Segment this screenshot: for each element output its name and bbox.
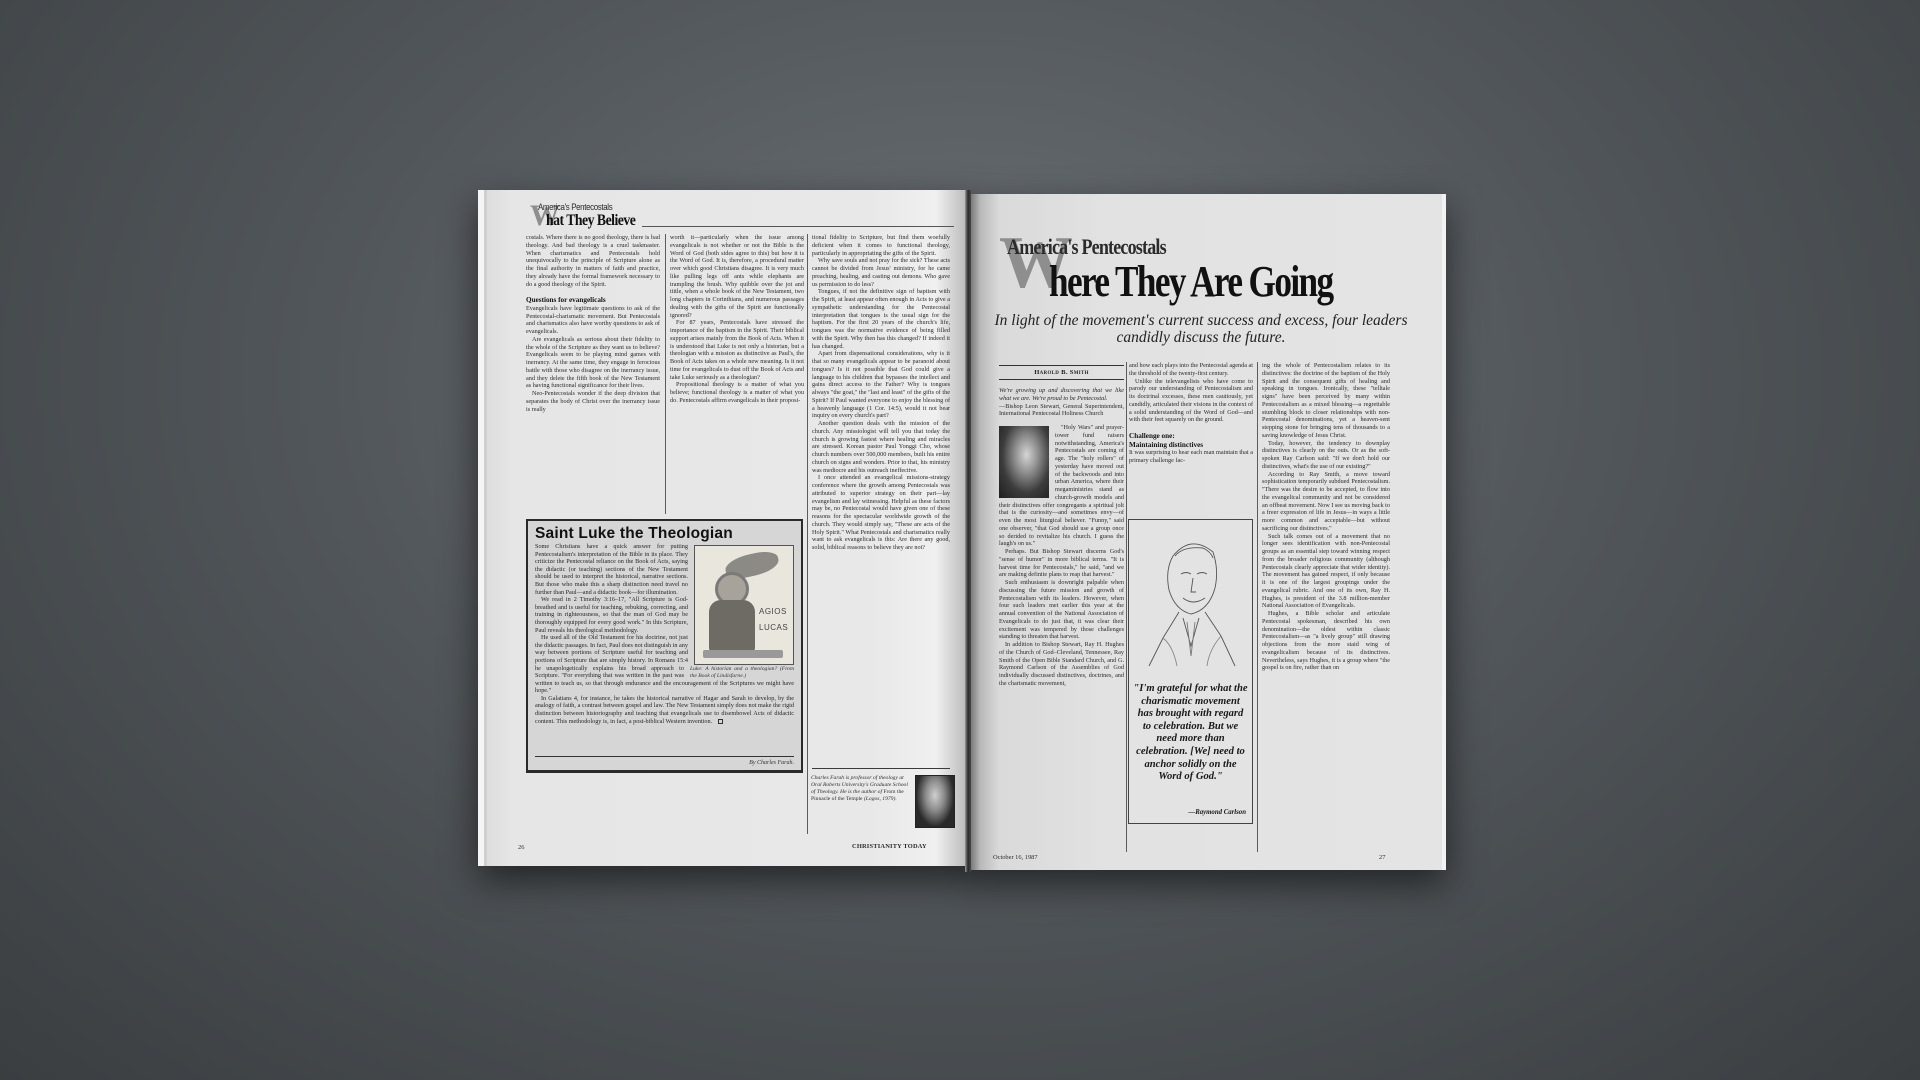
author-bio: Charles Farah is professor of theology a… [811, 775, 911, 803]
column-divider [1126, 362, 1127, 852]
magazine-spread: W America's Pentecostals hat They Believ… [478, 190, 1446, 872]
page-number-left: 26 [518, 844, 524, 851]
header-rule [642, 226, 954, 227]
paragraph: Hughes, a Bible scholar and articulate P… [1262, 610, 1390, 672]
end-mark-icon [718, 719, 723, 724]
subhead: Challenge one: [1129, 432, 1253, 441]
header-kicker: America's Pentecostals [538, 202, 612, 212]
paragraph: ing the whole of Pentecostalism relates … [1262, 362, 1390, 440]
paragraph: Such enthusiasm is downright palpable wh… [999, 579, 1124, 641]
left-column-3: tional fidelity to Scripture, but find t… [812, 234, 950, 764]
illustration-saint-luke: AGIOS LUCAS [694, 545, 794, 665]
paragraph: and how each plays into the Pentecostal … [1129, 362, 1253, 378]
column-divider [1257, 362, 1258, 852]
pull-quote-box: "I'm grateful for what the charismatic m… [1128, 519, 1253, 824]
paragraph: According to Ray Smith, a move toward so… [1262, 471, 1390, 533]
paragraph: Tongues, if not the definitive sign of b… [812, 288, 950, 350]
author-photo [915, 775, 955, 828]
paragraph: Another question deals with the mission … [812, 420, 950, 474]
magazine-name: CHRISTIANITY TODAY [852, 843, 927, 850]
paragraph: worth it—particularly when the issue amo… [670, 234, 804, 319]
epigraph-quote: We're growing up and discovering that we… [999, 387, 1124, 403]
figure-body [709, 600, 755, 652]
bio-rule [812, 768, 950, 769]
paragraph: Are evangelicals as serious about their … [526, 336, 660, 390]
figure-caption: Luke: A historian and a theologian? (Fro… [690, 666, 794, 680]
subhead: Maintaining distinctives [1129, 441, 1253, 450]
issue-date: October 16, 1987 [993, 854, 1038, 861]
pull-quote-text: "I'm grateful for what the charismatic m… [1133, 683, 1248, 784]
paragraph: costals. Where there is no good theology… [526, 234, 660, 288]
right-column-1: We're growing up and discovering that we… [999, 387, 1124, 847]
left-page: W America's Pentecostals hat They Believ… [478, 190, 965, 866]
author-byline: Harold B. Smith [999, 365, 1124, 380]
paragraph: For 87 years, Pentecostals have stressed… [670, 319, 804, 381]
paragraph: Why save souls and not pray for the sick… [812, 257, 950, 288]
paragraph: Evangelicals have legitimate questions t… [526, 305, 660, 336]
right-page-header: W America's Pentecostals here They Are G… [999, 228, 1399, 308]
paragraph: Propositional theology is a matter of wh… [670, 381, 804, 404]
sidebar-box: Saint Luke the Theologian AGIOS LUCAS Lu… [526, 519, 803, 773]
subhead: Questions for evangelicals [526, 296, 660, 305]
paragraph: Neo-Pentecostals wonder if the deep divi… [526, 390, 660, 413]
left-column-2: worth it—particularly when the issue amo… [670, 234, 804, 405]
paragraph: Such talk comes out of a movement that n… [1262, 533, 1390, 611]
sidebar-title: Saint Luke the Theologian [535, 525, 794, 543]
sidebar-byline: By Charles Farah. [535, 756, 794, 766]
footstool [703, 650, 783, 658]
column-divider [807, 234, 808, 834]
page-number-right: 27 [1379, 854, 1385, 861]
pull-quote-attribution: —Raymond Carlson [1188, 809, 1246, 816]
paragraph: I once attended an evangelical missions-… [812, 474, 950, 552]
left-page-header: W America's Pentecostals hat They Believ… [530, 200, 640, 228]
figure-label: AGIOS [759, 608, 787, 616]
figure-label: LUCAS [759, 624, 788, 632]
right-column-2: and how each plays into the Pentecostal … [1129, 362, 1253, 465]
sidebar-text: AGIOS LUCAS Luke: A historian and a theo… [535, 543, 794, 725]
paragraph: tional fidelity to Scripture, but find t… [812, 234, 950, 257]
header-title: hat They Believe [546, 212, 635, 230]
portrait-sketch-icon [1143, 526, 1239, 668]
paragraph: It was surprising to hear each man maint… [1129, 449, 1253, 465]
column-divider [665, 234, 666, 514]
header-title: here They Are Going [1049, 256, 1332, 307]
left-column-1: costals. Where there is no good theology… [526, 234, 660, 413]
paragraph: Apart from dispensational considerations… [812, 350, 950, 420]
paragraph: Today, however, the tendency to downplay… [1262, 440, 1390, 471]
photo-worshipper [999, 426, 1049, 498]
epigraph-attribution: —Bishop Leon Stewart, General Superinten… [999, 403, 1124, 419]
right-page: W America's Pentecostals here They Are G… [971, 194, 1446, 870]
article-deck: In light of the movement's current succe… [991, 313, 1411, 346]
right-column-3: ing the whole of Pentecostalism relates … [1262, 362, 1390, 849]
sidebar-paragraph: In Galatians 4, for instance, he takes t… [535, 695, 794, 725]
paragraph: In addition to Bishop Stewart, Ray H. Hu… [999, 641, 1124, 688]
paragraph: Perhaps. But Bishop Stewart discerns God… [999, 548, 1124, 579]
paragraph: Unlike the televangelists who have come … [1129, 378, 1253, 425]
